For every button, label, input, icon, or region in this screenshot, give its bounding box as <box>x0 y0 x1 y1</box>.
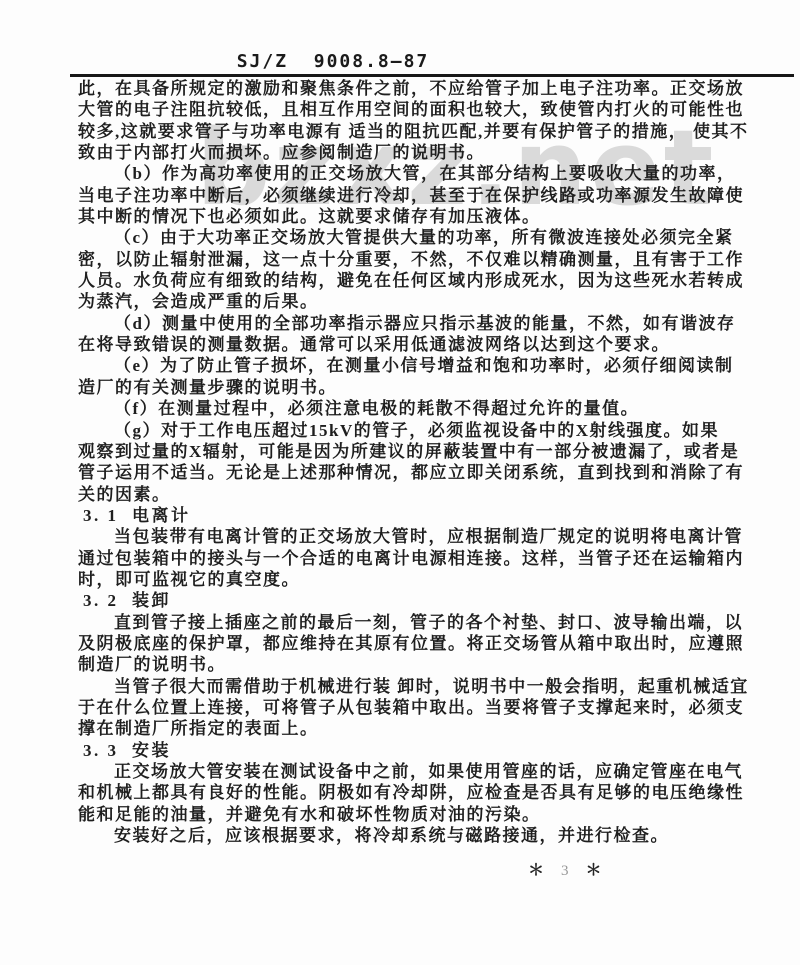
section-heading: 3. 3 安装 <box>78 740 758 761</box>
document-body: 此，在具备所规定的激励和聚焦条件之前，不应给管子加上电子注功率。正交场放大管的电… <box>78 78 758 846</box>
text-line: 当电子注功率中断后，必须继续进行冷却，甚至于在保护线路或功率源发生故障使 <box>78 185 758 206</box>
text-line: 时，即可监视它的真空度。 <box>78 569 758 590</box>
text-line: 此，在具备所规定的激励和聚焦条件之前，不应给管子加上电子注功率。正交场放 <box>78 78 758 99</box>
text-line: 能和足能的油量，并避免有水和破坏性物质对油的污染。 <box>78 804 758 825</box>
text-line: 在将导致错误的测量数据。通常可以采用低通滤波网络以达到这个要求。 <box>78 334 758 355</box>
text-line: 密，以防止辐射泄漏，这一点十分重要，不然，不仅难以精确测量，且有害于工作 <box>78 249 758 270</box>
text-line: （c）由于大功率正交场放大管提供大量的功率，所有微波连接处必须完全紧 <box>78 227 758 248</box>
text-line: 人员。水负荷应有细致的结构，避免在任何区域内形成死水，因为这些死水若转成 <box>78 270 758 291</box>
text-line: 直到管子接上插座之前的最后一刻，管子的各个衬垫、封口、波导输出端，以 <box>78 612 758 633</box>
text-line: 其中断的情况下也必须如此。这就要求储存有加压液体。 <box>78 206 758 227</box>
text-line: （g）对于工作电压超过15kV的管子，必须监视设备中的X射线强度。如果 <box>78 420 758 441</box>
text-line: 当管子很大而需借助于机械进行装 卸时，说明书中一般会指明，起重机械适宜 <box>78 676 758 697</box>
text-line: （f）在测量过程中，必须注意电极的耗散不得超过允许的量值。 <box>78 398 758 419</box>
text-line: （b）作为高功率使用的正交场放大管，在其部分结构上要吸收大量的功率， <box>78 163 758 184</box>
text-line: （e）为了防止管子损坏，在测量小信号增益和饱和功率时，必须仔细阅读制 <box>78 355 758 376</box>
text-line: 撑在制造厂所指定的表面上。 <box>78 718 758 739</box>
text-line: 管子运用不适当。无论是上述那种情况，都应立即关闭系统，直到找到和消除了有 <box>78 462 758 483</box>
section-heading: 3. 1 电离计 <box>78 505 758 526</box>
footer-star-right: ＊ <box>586 857 602 880</box>
text-line: （d）测量中使用的全部功率指示器应只指示基波的能量，不然，如有谐波存 <box>78 313 758 334</box>
text-line: 观察到过量的X辐射，可能是因为所建议的屏蔽装置中有一部分被遗漏了，或者是 <box>78 441 758 462</box>
text-line: 关的因素。 <box>78 484 758 505</box>
text-line: 制造厂的说明书。 <box>78 654 758 675</box>
footer-page-number: 3 <box>561 863 569 880</box>
standard-number: SJ/Z 9008.8—87 <box>0 51 666 72</box>
text-line: 正交场放大管安装在测试设备中之前，如果使用管座的话，应确定管座在电气 <box>78 761 758 782</box>
text-line: 及阴极底座的保护罩，都应维持在其原有位置。将正交场管从箱中取出时，应遵照 <box>78 633 758 654</box>
text-line: 通过包装箱中的接头与一个合适的电离计电源相连接。这样，当管子还在运输箱内 <box>78 548 758 569</box>
text-line: 致由于内部打火而损坏。应参阅制造厂的说明书。 <box>78 142 758 163</box>
scanned-page: SJ/Z 9008.8—87 bzxz.net 此，在具备所规定的激励和聚焦条件… <box>0 0 800 965</box>
text-line: 安装好之后，应该根据要求，将冷却系统与磁路接通，并进行检查。 <box>78 825 758 846</box>
section-heading: 3. 2 装卸 <box>78 590 758 611</box>
text-line: 较多,这就要求管子与功率电源有 适当的阻抗匹配,并要有保护管子的措施， 使其不 <box>78 121 758 142</box>
text-line: 于在什么位置上连接，可将管子从包装箱中取出。当要将管子支撑起来时，必须支 <box>78 697 758 718</box>
text-line: 造厂的有关测量步骤的说明书。 <box>78 377 758 398</box>
text-line: 大管的电子注阻抗较低，且相互作用空间的面积也较大，致使管内打火的可能性也 <box>78 99 758 120</box>
header-rule <box>70 74 794 77</box>
text-line: 为蒸汽，会造成严重的后果。 <box>78 291 758 312</box>
footer-star-left: ＊ <box>528 857 544 880</box>
page-footer: ＊ 3 ＊ <box>528 857 602 880</box>
text-line: 和机械上都具有良好的性能。阴极如有冷却阱，应检查是否具有足够的电压绝缘性 <box>78 782 758 803</box>
text-line: 当包装带有电离计管的正交场放大管时，应根据制造厂规定的说明将电离计管 <box>78 526 758 547</box>
